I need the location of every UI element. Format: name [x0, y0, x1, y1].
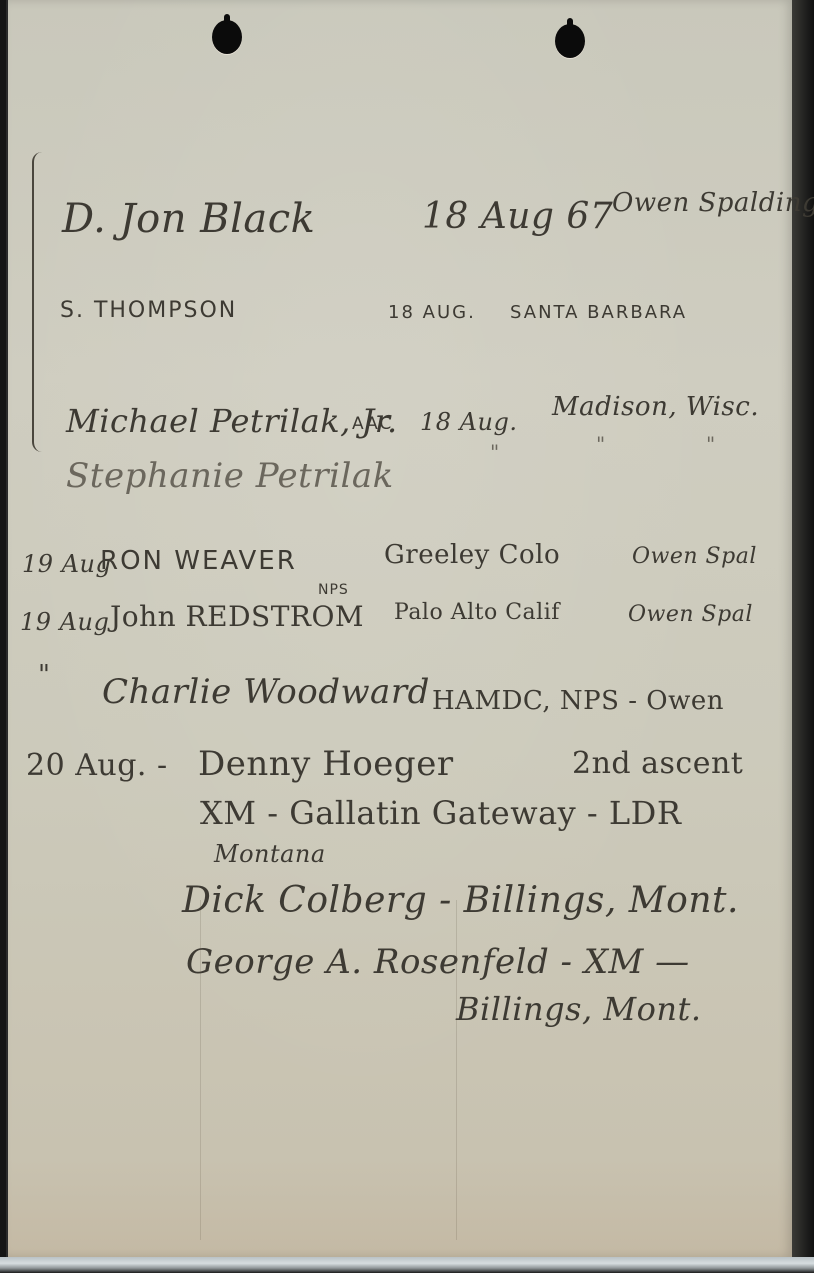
ditto-mark: "	[706, 432, 716, 456]
entry-location: SANTA BARBARA	[510, 302, 687, 323]
entry-name: S. THOMPSON	[60, 298, 237, 323]
ditto-mark: "	[38, 660, 50, 690]
entry-name: Dick Colberg - Billings, Mont.	[182, 880, 739, 921]
entry-name: Charlie Woodward	[102, 672, 430, 712]
entry-route: Owen Spal	[628, 602, 753, 627]
entry-date: 19 Aug	[20, 608, 109, 636]
entry-route: Owen Spal	[632, 544, 757, 569]
entry-name: Stephanie Petrilak	[66, 456, 394, 496]
entry-date: 19 Aug	[22, 550, 111, 578]
entry-affiliation: AAC	[352, 414, 393, 434]
entry-date: 18 Aug.	[420, 408, 517, 436]
entry-name: Denny Hoeger	[198, 744, 454, 784]
entry-location: Palo Alto Calif	[394, 600, 560, 625]
punch-hole-left	[212, 20, 242, 54]
entry-location: Billings, Mont.	[456, 990, 701, 1028]
entry-note: 2nd ascent	[572, 746, 743, 781]
entry-location: XM - Gallatin Gateway - LDR	[200, 794, 681, 832]
entry-state: Montana	[214, 840, 326, 868]
entry-name: John REDSTROM	[110, 600, 364, 633]
ditto-mark: "	[596, 432, 606, 456]
binding-strip	[0, 1257, 814, 1273]
entry-name: Michael Petrilak, Jr.	[66, 402, 398, 440]
entry-route: Owen Spalding	[612, 188, 814, 218]
entry-name: George A. Rosenfeld - XM —	[186, 942, 690, 982]
entry-location: Greeley Colo	[384, 540, 560, 570]
entry-location: Madison, Wisc.	[552, 392, 759, 422]
entry-location: HAMDC, NPS - Owen	[432, 686, 724, 716]
entry-name: D. Jon Black	[62, 196, 315, 242]
entry-date: 18 Aug 67	[422, 196, 613, 237]
entry-date: 18 AUG.	[388, 302, 476, 323]
entry-date: 20 Aug. -	[26, 748, 168, 783]
ditto-mark: "	[490, 440, 500, 464]
bracket-mark	[32, 152, 50, 452]
entry-name: RON WEAVER	[100, 546, 297, 576]
punch-hole-right	[555, 24, 585, 58]
paper-crease	[456, 900, 457, 1240]
paper-crease	[200, 900, 201, 1240]
entry-affiliation: NPS	[318, 582, 349, 598]
